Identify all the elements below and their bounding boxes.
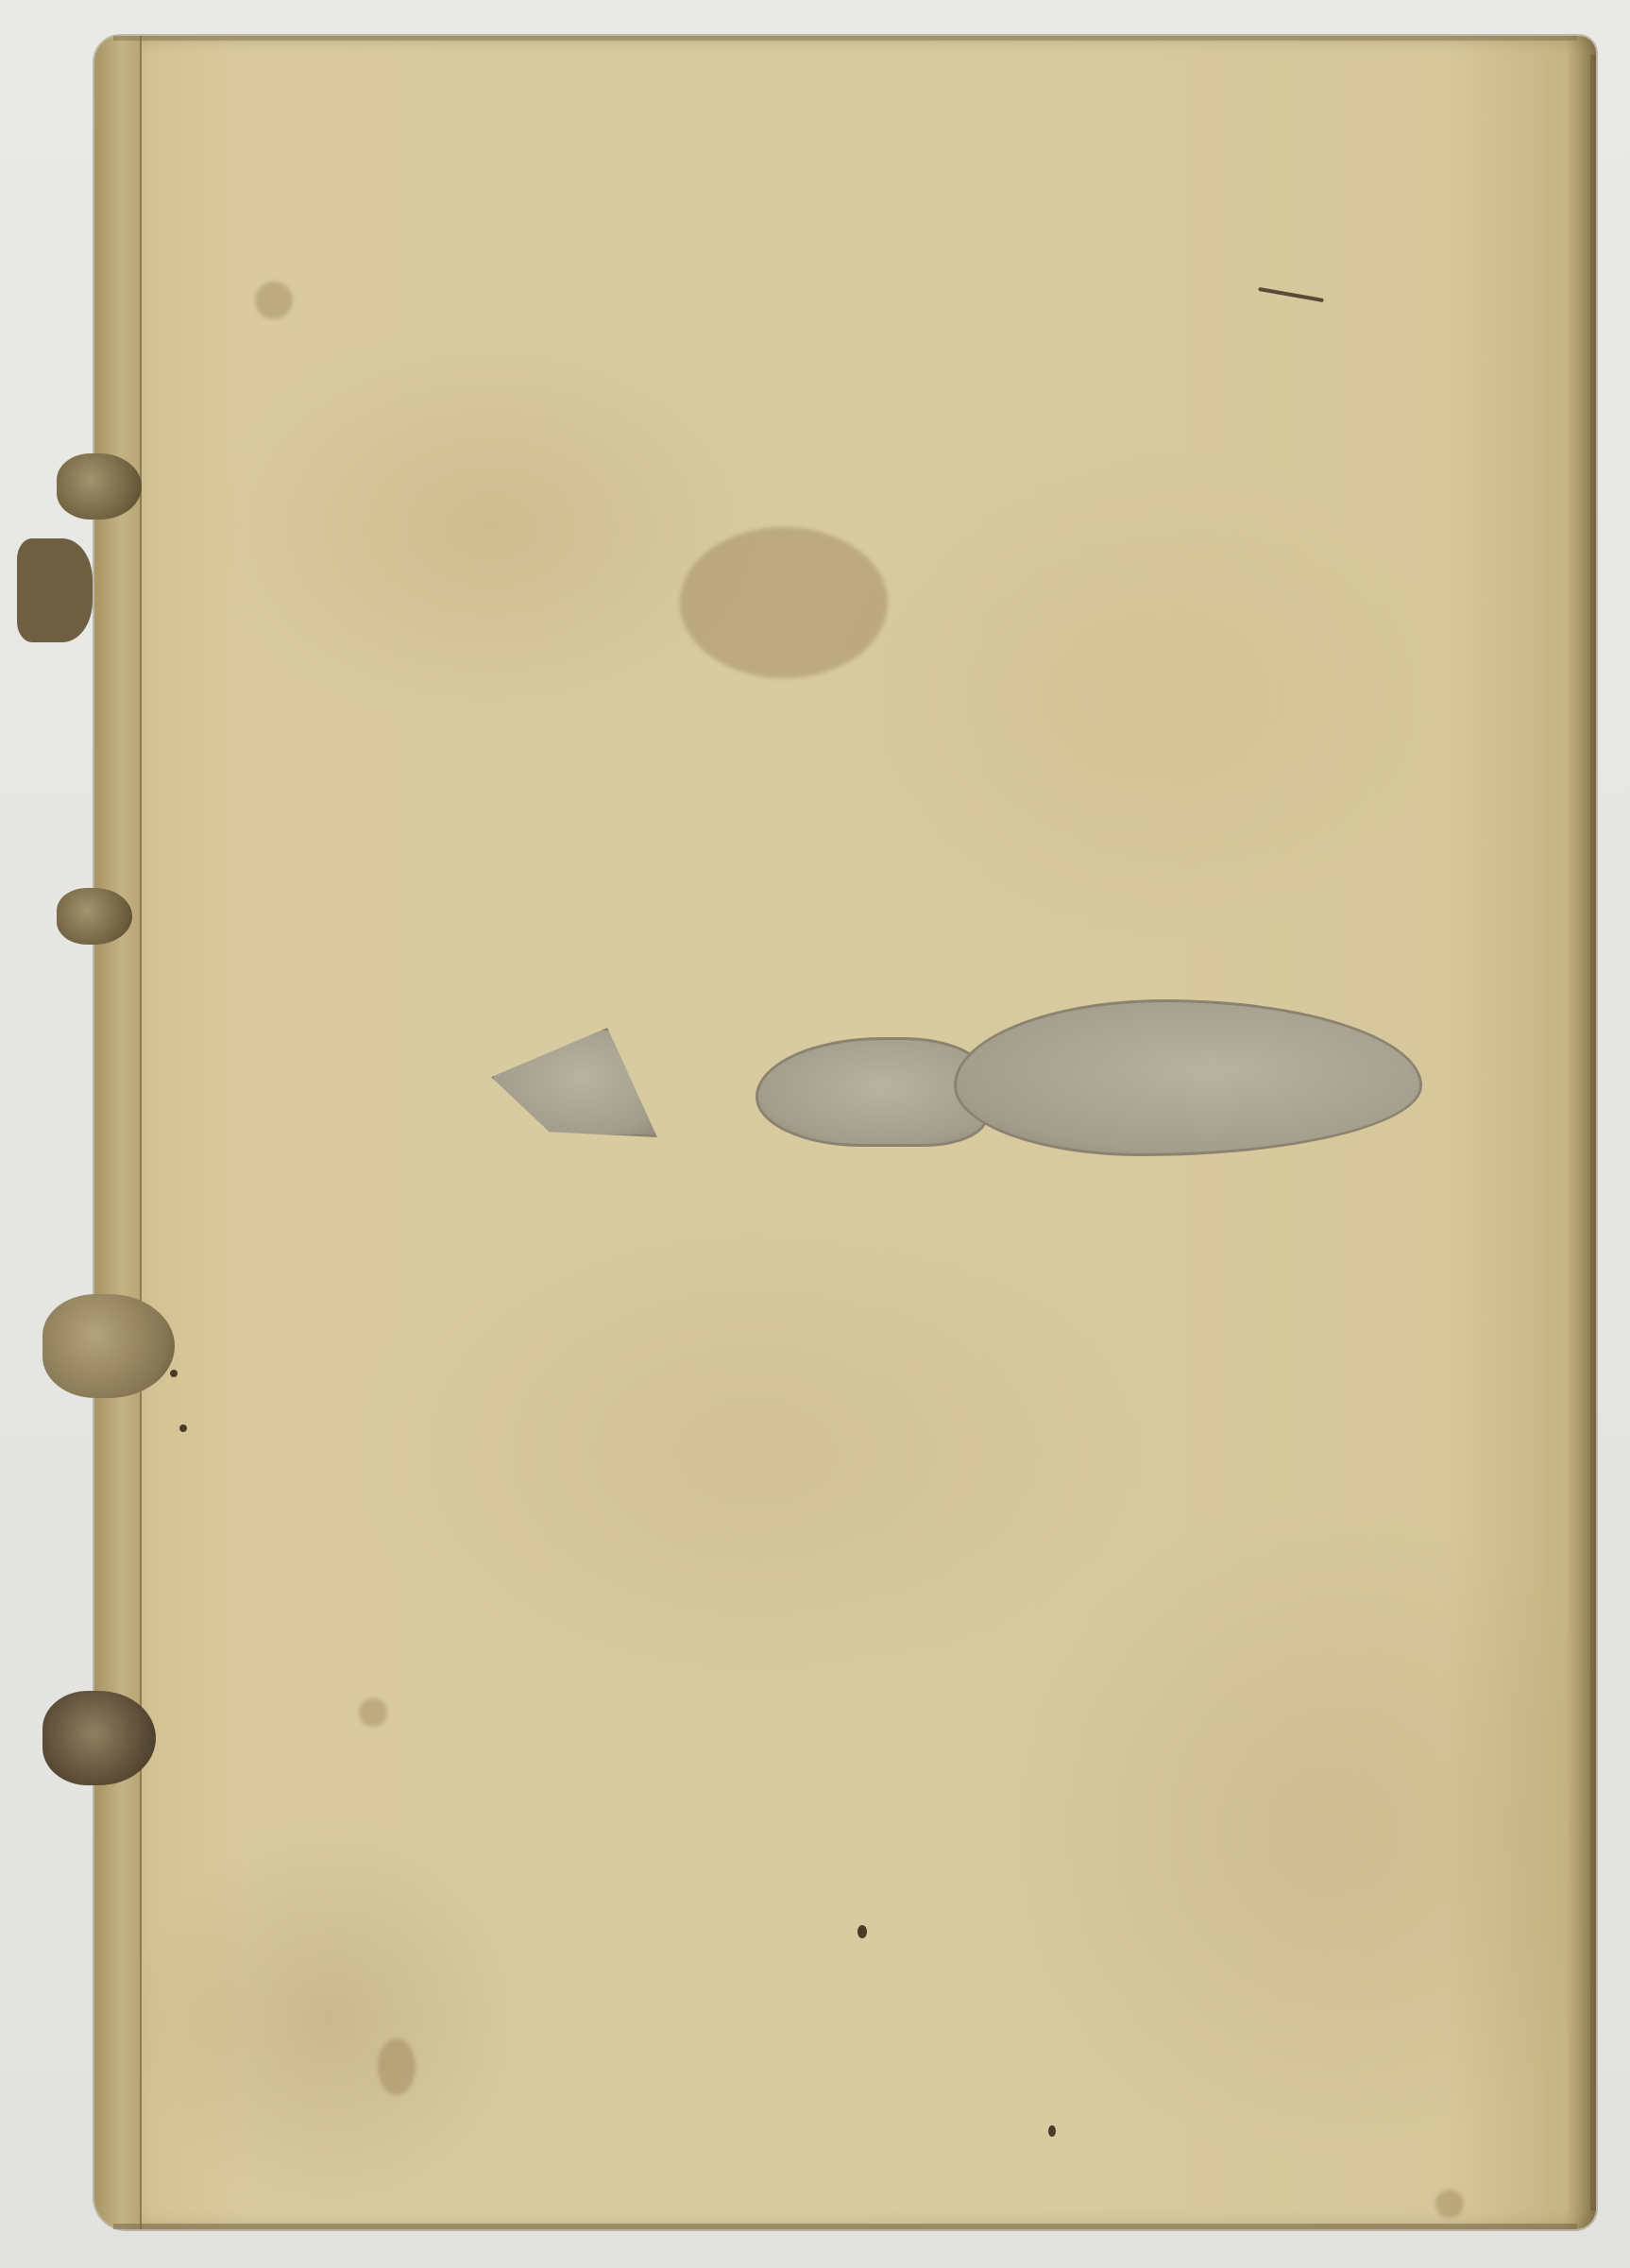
- damage-small-triangle: [491, 1028, 657, 1137]
- damage-middle: [756, 1037, 988, 1147]
- wormhole: [1048, 2125, 1056, 2137]
- scratch-mark: [1258, 287, 1324, 302]
- vellum-book-cover: [94, 36, 1596, 2229]
- spine-tie: [42, 1294, 175, 1398]
- wormhole: [179, 1424, 187, 1432]
- top-edge: [113, 36, 1577, 41]
- wormhole: [170, 1370, 178, 1377]
- wormhole: [857, 1925, 867, 1938]
- stain: [1435, 2190, 1464, 2218]
- stain: [680, 527, 888, 678]
- spine-tie: [42, 1691, 156, 1785]
- fore-edge: [1590, 55, 1596, 2210]
- spine-edge: [94, 36, 142, 2229]
- bottom-edge: [113, 2224, 1577, 2229]
- stain: [378, 2038, 416, 2095]
- stain: [359, 1698, 387, 1727]
- damage-large-oval: [954, 999, 1422, 1156]
- spine-tie: [57, 453, 142, 520]
- spine-tie: [57, 888, 132, 945]
- stain: [255, 281, 293, 319]
- spine-tie-torn: [17, 538, 93, 642]
